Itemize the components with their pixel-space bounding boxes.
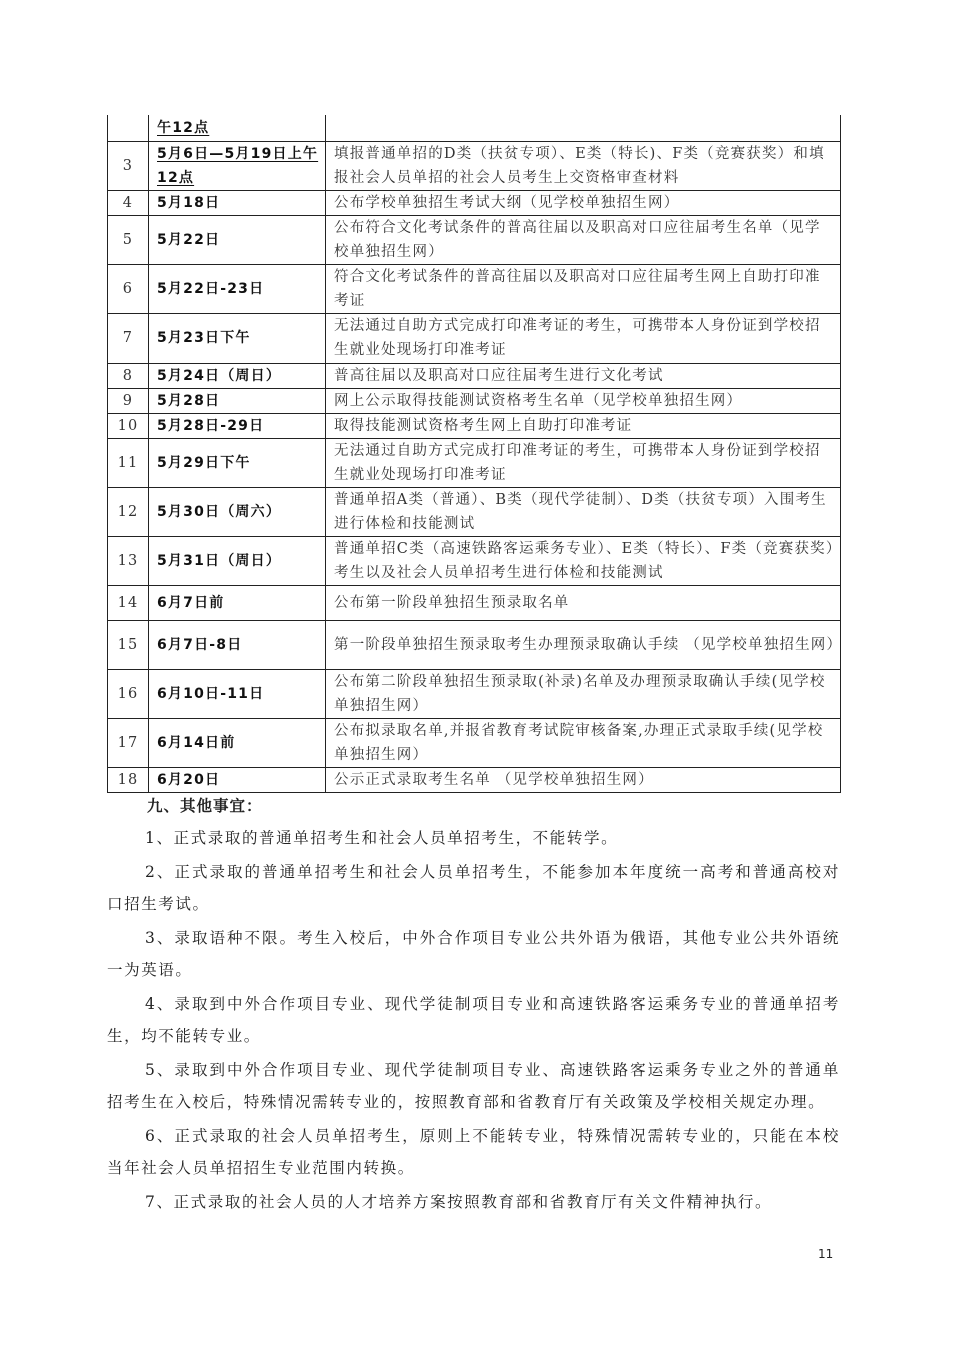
paragraph-item: 7、正式录取的社会人员的人才培养方案按照教育部和省教育厅有关文件精神执行。 — [107, 1186, 840, 1218]
row-number: 11 — [108, 438, 149, 487]
row-date-text: 5月6日—5月19日上午12点 — [157, 146, 318, 186]
table-row: 11 5月29日下午 无法通过自助方式完成打印准考证的考生，可携带本人身份证到学… — [108, 438, 841, 487]
table-row: 5 5月22日 公布符合文化考试条件的普高往届以及职高对口应往届考生名单（见学校… — [108, 215, 841, 264]
row-date: 5月22日-23日 — [149, 264, 326, 313]
table-row: 18 6月20日 公示正式录取考生名单 （见学校单独招生网） — [108, 767, 841, 792]
row-date: 6月14日前 — [149, 718, 326, 767]
row-date: 5月31日（周日） — [149, 536, 326, 585]
other-matters-section: 九、其他事宜： 1、正式录取的普通单招考生和社会人员单招考生，不能转学。 2、正… — [107, 790, 840, 1218]
table-row: 15 6月7日-8日 第一阶段单独招生预录取考生办理预录取确认手续 （见学校单独… — [108, 620, 841, 669]
table-row: 12 5月30日（周六） 普通单招A类（普通）、B类（现代学徒制）、D类（扶贫专… — [108, 487, 841, 536]
table-row: 9 5月28日 网上公示取得技能测试资格考生名单（见学校单独招生网） — [108, 388, 841, 413]
row-date: 6月7日前 — [149, 585, 326, 620]
row-description: 公布拟录取名单,并报省教育考试院审核备案,办理正式录取手续(见学校单独招生网） — [326, 718, 841, 767]
table-row: 17 6月14日前 公布拟录取名单,并报省教育考试院审核备案,办理正式录取手续(… — [108, 718, 841, 767]
row-number: 3 — [108, 141, 149, 190]
table-row: 10 5月28日-29日 取得技能测试资格考生网上自助打印准考证 — [108, 413, 841, 438]
row-date: 5月28日 — [149, 388, 326, 413]
row-description: 公布符合文化考试条件的普高往届以及职高对口应往届考生名单（见学校单独招生网） — [326, 215, 841, 264]
row-description: 公布学校单独招生考试大纲（见学校单独招生网） — [326, 190, 841, 215]
paragraph-item: 4、录取到中外合作项目专业、现代学徒制项目专业和高速铁路客运乘务专业的普通单招考… — [107, 988, 840, 1052]
row-number: 7 — [108, 313, 149, 363]
row-number: 5 — [108, 215, 149, 264]
admission-schedule-table: 午12点 3 5月6日—5月19日上午12点 填报普通单招的D类（扶贫专项）、E… — [107, 115, 841, 793]
row-description: 填报普通单招的D类（扶贫专项）、E类（特长)、F类（竞赛获奖）和填报社会人员单招… — [326, 141, 841, 190]
table-row: 4 5月18日 公布学校单独招生考试大纲（见学校单独招生网） — [108, 190, 841, 215]
section-heading: 九、其他事宜： — [147, 790, 840, 822]
row-number: 12 — [108, 487, 149, 536]
row-date: 午12点 — [149, 115, 326, 141]
row-date: 6月20日 — [149, 767, 326, 792]
table-row: 13 5月31日（周日） 普通单招C类（高速铁路客运乘务专业）、E类（特长）、F… — [108, 536, 841, 585]
paragraph-item: 5、录取到中外合作项目专业、现代学徒制项目专业、高速铁路客运乘务专业之外的普通单… — [107, 1054, 840, 1118]
row-date: 5月18日 — [149, 190, 326, 215]
row-description: 取得技能测试资格考生网上自助打印准考证 — [326, 413, 841, 438]
row-description: 网上公示取得技能测试资格考生名单（见学校单独招生网） — [326, 388, 841, 413]
row-number: 9 — [108, 388, 149, 413]
paragraph-item: 3、录取语种不限。考生入校后，中外合作项目专业公共外语为俄语，其他专业公共外语统… — [107, 922, 840, 986]
row-date: 5月28日-29日 — [149, 413, 326, 438]
row-number: 8 — [108, 363, 149, 388]
row-number: 17 — [108, 718, 149, 767]
row-description: 符合文化考试条件的普高往届以及职高对口应往届考生网上自助打印准考证 — [326, 264, 841, 313]
row-number: 13 — [108, 536, 149, 585]
paragraph-item: 6、正式录取的社会人员单招考生，原则上不能转专业，特殊情况需转专业的，只能在本校… — [107, 1120, 840, 1184]
row-date: 6月7日-8日 — [149, 620, 326, 669]
table-row: 7 5月23日下午 无法通过自助方式完成打印准考证的考生，可携带本人身份证到学校… — [108, 313, 841, 363]
row-number: 14 — [108, 585, 149, 620]
row-date-text: 午12点 — [157, 120, 209, 136]
row-description: 普通单招A类（普通）、B类（现代学徒制）、D类（扶贫专项）入围考生进行体检和技能… — [326, 487, 841, 536]
paragraph-item: 2、正式录取的普通单招考生和社会人员单招考生，不能参加本年度统一高考和普通高校对… — [107, 856, 840, 920]
row-number: 4 — [108, 190, 149, 215]
paragraph-item: 1、正式录取的普通单招考生和社会人员单招考生，不能转学。 — [107, 822, 840, 854]
table-row: 14 6月7日前 公布第一阶段单独招生预录取名单 — [108, 585, 841, 620]
row-date: 5月24日（周日） — [149, 363, 326, 388]
row-number: 6 — [108, 264, 149, 313]
table-row: 午12点 — [108, 115, 841, 141]
row-description: 第一阶段单独招生预录取考生办理预录取确认手续 （见学校单独招生网） — [326, 620, 841, 669]
row-number — [108, 115, 149, 141]
row-date: 5月22日 — [149, 215, 326, 264]
row-description: 公示正式录取考生名单 （见学校单独招生网） — [326, 767, 841, 792]
row-number: 15 — [108, 620, 149, 669]
row-number: 10 — [108, 413, 149, 438]
table-row: 6 5月22日-23日 符合文化考试条件的普高往届以及职高对口应往届考生网上自助… — [108, 264, 841, 313]
row-date: 5月23日下午 — [149, 313, 326, 363]
row-date: 6月10日-11日 — [149, 669, 326, 718]
table-row: 3 5月6日—5月19日上午12点 填报普通单招的D类（扶贫专项）、E类（特长)… — [108, 141, 841, 190]
row-date: 5月30日（周六） — [149, 487, 326, 536]
row-description: 无法通过自助方式完成打印准考证的考生，可携带本人身份证到学校招生就业处现场打印准… — [326, 313, 841, 363]
row-description — [326, 115, 841, 141]
row-date: 5月6日—5月19日上午12点 — [149, 141, 326, 190]
page-number: 11 — [818, 1247, 833, 1261]
row-description: 普通单招C类（高速铁路客运乘务专业）、E类（特长）、F类（竞赛获奖）考生以及社会… — [326, 536, 841, 585]
row-description: 公布第二阶段单独招生预录取(补录)名单及办理预录取确认手续(见学校单独招生网） — [326, 669, 841, 718]
row-description: 公布第一阶段单独招生预录取名单 — [326, 585, 841, 620]
table-row: 8 5月24日（周日） 普高往届以及职高对口应往届考生进行文化考试 — [108, 363, 841, 388]
row-number: 18 — [108, 767, 149, 792]
row-description: 普高往届以及职高对口应往届考生进行文化考试 — [326, 363, 841, 388]
document-page: 午12点 3 5月6日—5月19日上午12点 填报普通单招的D类（扶贫专项）、E… — [0, 0, 953, 1347]
table-row: 16 6月10日-11日 公布第二阶段单独招生预录取(补录)名单及办理预录取确认… — [108, 669, 841, 718]
row-date: 5月29日下午 — [149, 438, 326, 487]
row-description: 无法通过自助方式完成打印准考证的考生，可携带本人身份证到学校招生就业处现场打印准… — [326, 438, 841, 487]
row-number: 16 — [108, 669, 149, 718]
